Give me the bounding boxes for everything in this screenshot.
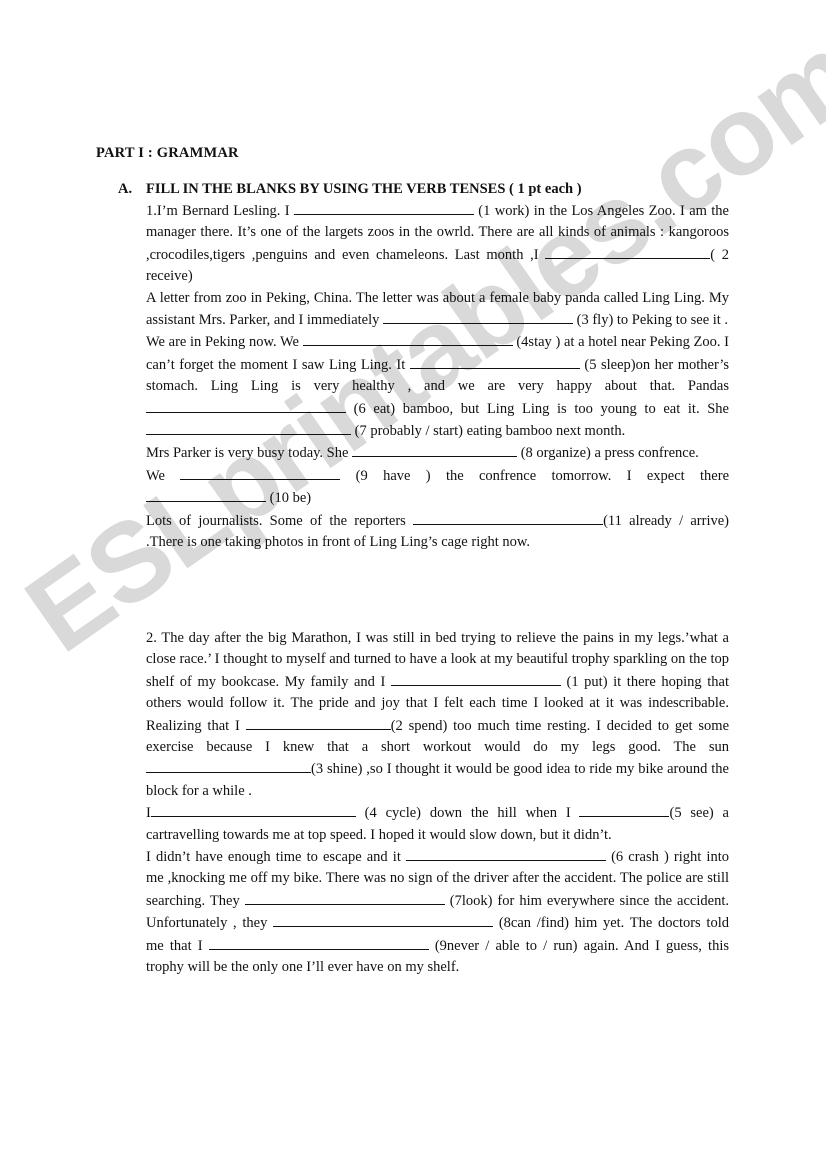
paragraph: 1.I’m Bernard Lesling. I (1 work) in the…: [146, 200, 729, 288]
blank-9-run[interactable]: [209, 935, 429, 950]
text: (3 fly) to Peking to see it .: [573, 312, 728, 328]
blank-10-be[interactable]: [146, 487, 266, 502]
exercise-1-text: 1.I’m Bernard Lesling. I (1 work) in the…: [146, 200, 729, 554]
text: I didn’t have enough time to escape and …: [146, 849, 406, 865]
blank-11-arrive[interactable]: [413, 510, 603, 525]
blank-8-find[interactable]: [273, 912, 493, 927]
section-heading: A.FILL IN THE BLANKS BY USING THE VERB T…: [118, 181, 582, 198]
blank-2-receive[interactable]: [545, 244, 710, 259]
paragraph: We (9 have ) the confrence tomorrow. I e…: [146, 465, 729, 510]
text: (4 cycle) down the hill when I: [356, 805, 580, 821]
part-title: PART I : GRAMMAR: [96, 145, 239, 162]
text: (9 have ) the confrence tomorrow. I expe…: [340, 468, 729, 484]
blank-4-cycle[interactable]: [151, 802, 356, 817]
section-title: FILL IN THE BLANKS BY USING THE VERB TEN…: [146, 181, 582, 197]
text: (10 be): [266, 490, 311, 506]
blank-2-spend[interactable]: [246, 715, 391, 730]
paragraph: 2. The day after the big Marathon, I was…: [146, 628, 729, 802]
text: Mrs Parker is very busy today. She: [146, 445, 352, 461]
paragraph: I (4 cycle) down the hill when I (5 see)…: [146, 802, 729, 846]
section-letter: A.: [118, 181, 146, 198]
blank-1-work[interactable]: [294, 200, 474, 215]
paragraph: A letter from zoo in Peking, China. The …: [146, 288, 729, 332]
paragraph: We are in Peking now. We (4stay ) at a h…: [146, 331, 729, 442]
blank-4-stay[interactable]: [303, 331, 513, 346]
text: (6 eat) bamboo, but Ling Ling is too you…: [346, 401, 729, 417]
paragraph: Lots of journalists. Some of the reporte…: [146, 510, 729, 554]
blank-8-organize[interactable]: [352, 442, 517, 457]
blank-3-shine[interactable]: [146, 758, 311, 773]
text: 1.I’m Bernard Lesling. I: [146, 203, 294, 219]
blank-1-put[interactable]: [391, 671, 561, 686]
blank-7-look[interactable]: [245, 890, 445, 905]
paragraph: I didn’t have enough time to escape and …: [146, 846, 729, 978]
blank-5-see[interactable]: [579, 802, 669, 817]
worksheet-page: PART I : GRAMMAR A.FILL IN THE BLANKS BY…: [0, 0, 826, 1169]
blank-7-start[interactable]: [146, 420, 351, 435]
blank-3-fly[interactable]: [383, 309, 573, 324]
text: (7 probably / start) eating bamboo next …: [351, 423, 625, 439]
blank-5-sleep[interactable]: [410, 354, 580, 369]
blank-9-have[interactable]: [180, 465, 340, 480]
text: Lots of journalists. Some of the reporte…: [146, 513, 413, 529]
exercise-2-text: 2. The day after the big Marathon, I was…: [146, 628, 729, 979]
blank-6-eat[interactable]: [146, 398, 346, 413]
text: We: [146, 468, 180, 484]
blank-6-crash[interactable]: [406, 846, 606, 861]
paragraph: Mrs Parker is very busy today. She (8 or…: [146, 442, 729, 464]
text: (8 organize) a press confrence.: [517, 445, 699, 461]
text: We are in Peking now. We: [146, 334, 303, 350]
